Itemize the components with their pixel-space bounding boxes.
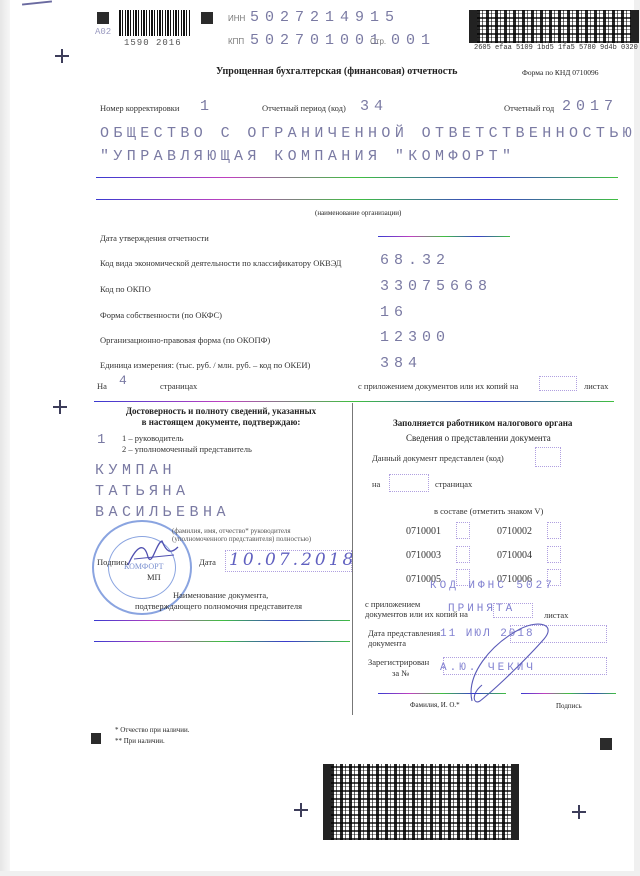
barcode-1d: [119, 10, 190, 36]
approval-date-line: [378, 236, 510, 237]
signature-line-name: [378, 693, 506, 694]
sheets-label: листах: [584, 381, 608, 391]
field-value-okei: 384: [380, 355, 422, 372]
handwritten-signature: [126, 537, 181, 569]
correction-label: Номер корректировки: [100, 103, 179, 113]
right-pages-box: [389, 474, 429, 492]
org-name-caption: (наименование организации): [315, 209, 401, 217]
qr-barcode-top: [469, 10, 639, 43]
pages-count: 4: [119, 373, 132, 388]
field-label-okopf: Организационно-правовая форма (по ОКОПФ): [100, 335, 270, 345]
period-value: 34: [360, 98, 388, 115]
checkbox-0710002[interactable]: [547, 522, 561, 539]
crosshair-marker: [55, 49, 69, 63]
officer-signature: [460, 615, 560, 705]
period-label: Отчетный период (код): [262, 103, 346, 113]
page-label: Стр.: [370, 37, 386, 46]
kpp-value: 502701001: [250, 32, 385, 49]
org-name-line2: "УПРАВЛЯЮЩАЯ КОМПАНИЯ "КОМФОРТ": [100, 148, 515, 165]
field-label-okfs: Форма собственности (по ОКФС): [100, 310, 222, 320]
attachments-label: с приложением документов или их копий на: [358, 381, 518, 391]
signer-surname: КУМПАН: [95, 462, 176, 479]
confirmation-heading: Достоверность и полноту сведений, указан…: [94, 406, 348, 428]
kpp-label: КПП: [228, 37, 244, 46]
crosshair-marker: [53, 400, 67, 414]
alignment-marker: [600, 738, 612, 750]
crosshair-marker: [572, 805, 586, 819]
signer-first-name: ТАТЬЯНА: [95, 483, 190, 500]
inn-label: ИНН: [228, 14, 245, 23]
right-on-label: на: [372, 479, 380, 489]
ifns-code-stamp: КОД ИФНС 5027: [430, 580, 555, 592]
composition-label: в составе (отметить знаком V): [434, 506, 543, 516]
alignment-marker: [91, 733, 101, 744]
doc-name-label-2: подтверждающего полномочия представителя: [135, 601, 302, 611]
form-code: A02: [95, 27, 111, 37]
divider: [94, 401, 614, 402]
alignment-marker: [201, 12, 213, 24]
year-label: Отчетный год: [504, 103, 554, 113]
crosshair-marker: [294, 803, 308, 817]
checkbox-0710004[interactable]: [547, 546, 561, 563]
divider: [96, 177, 618, 178]
footnote-2: ** При наличии.: [115, 737, 165, 745]
form-code-0710001: 0710001: [406, 526, 441, 537]
alignment-marker: [97, 12, 109, 24]
submitted-code-label: Данный документ представлен (код): [372, 453, 504, 463]
form-code-0710002: 0710002: [497, 526, 532, 537]
signature-line-sign: [521, 693, 616, 694]
field-value-okpo: 33075668: [380, 278, 492, 295]
field-value-okopf: 12300: [380, 329, 450, 346]
year-value: 2017: [562, 98, 618, 115]
signer-type-value: 1: [97, 432, 110, 448]
field-label-okei: Единица измерения: (тыс. руб. / млн. руб…: [100, 360, 310, 370]
officer-name-caption: Фамилия, И. О.*: [410, 701, 460, 709]
signer-option-2: 2 – уполномоченный представитель: [122, 444, 252, 454]
scan-edge-bottom: [0, 871, 640, 876]
divider: [96, 199, 618, 200]
mp-label: МП: [147, 572, 161, 582]
divider: [94, 620, 350, 621]
officer-signature-caption: Подпись: [556, 702, 582, 710]
scan-edge-left: [0, 0, 10, 876]
field-label-okved: Код вида экономической деятельности по к…: [100, 258, 341, 268]
field-label-okpo: Код по ОКПО: [100, 284, 151, 294]
form-code-0710004: 0710004: [497, 550, 532, 561]
footnote-1: * Отчество при наличии.: [115, 726, 190, 734]
page-value: 001: [391, 32, 436, 49]
date-value: 10.07.2018: [229, 550, 356, 570]
submitted-code-box: [535, 447, 561, 467]
qr-barcode-bottom: [323, 764, 519, 840]
org-name-line1: ОБЩЕСТВО С ОГРАНИЧЕННОЙ ОТВЕТСТВЕННОСТЬЮ: [100, 125, 636, 142]
field-value-okved: 68.32: [380, 252, 450, 269]
signature-label: Подпись: [97, 557, 128, 567]
knd-form-label: Форма по КНД 0710096: [522, 68, 599, 77]
field-label-approval-date: Дата утверждения отчетности: [100, 233, 209, 243]
date-label: Дата: [199, 557, 216, 567]
qr-code-text: 2605 efaa 5109 1bd5 1fa5 5780 9d4b 0320: [474, 44, 638, 52]
registration-number-label: за №: [392, 668, 409, 678]
form-code-0710003: 0710003: [406, 550, 441, 561]
tax-officer-heading: Заполняется работником налогового органа: [393, 418, 572, 428]
signer-patronymic: ВАСИЛЬЕВНА: [95, 504, 230, 521]
divider: [94, 641, 350, 642]
right-pages-label: страницах: [435, 479, 472, 489]
correction-value: 1: [200, 98, 214, 115]
signer-option-1: 1 – руководитель: [122, 433, 184, 443]
checkbox-0710003[interactable]: [456, 546, 470, 563]
submission-subheading: Сведения о представлении документа: [406, 433, 551, 443]
barcode-number: 1590 2016: [124, 38, 182, 48]
pages-on-label: На: [97, 381, 107, 391]
column-separator: [352, 403, 353, 715]
pages-label: страницах: [160, 381, 197, 391]
registered-label: Зарегистрирован: [368, 657, 429, 667]
attachments-sheets-box: [539, 376, 577, 391]
submission-date-label: Дата представления документа: [368, 628, 440, 648]
scan-mark: [22, 0, 52, 5]
field-value-okfs: 16: [380, 304, 408, 321]
inn-value: 5027214915: [250, 9, 400, 26]
doc-name-label-1: Наименование документа,: [173, 590, 268, 600]
checkbox-0710001[interactable]: [456, 522, 470, 539]
fio-caption: (фамилия, имя, отчество* руководителя (у…: [172, 527, 311, 543]
document-title: Упрощенная бухгалтерская (финансовая) от…: [216, 66, 457, 77]
